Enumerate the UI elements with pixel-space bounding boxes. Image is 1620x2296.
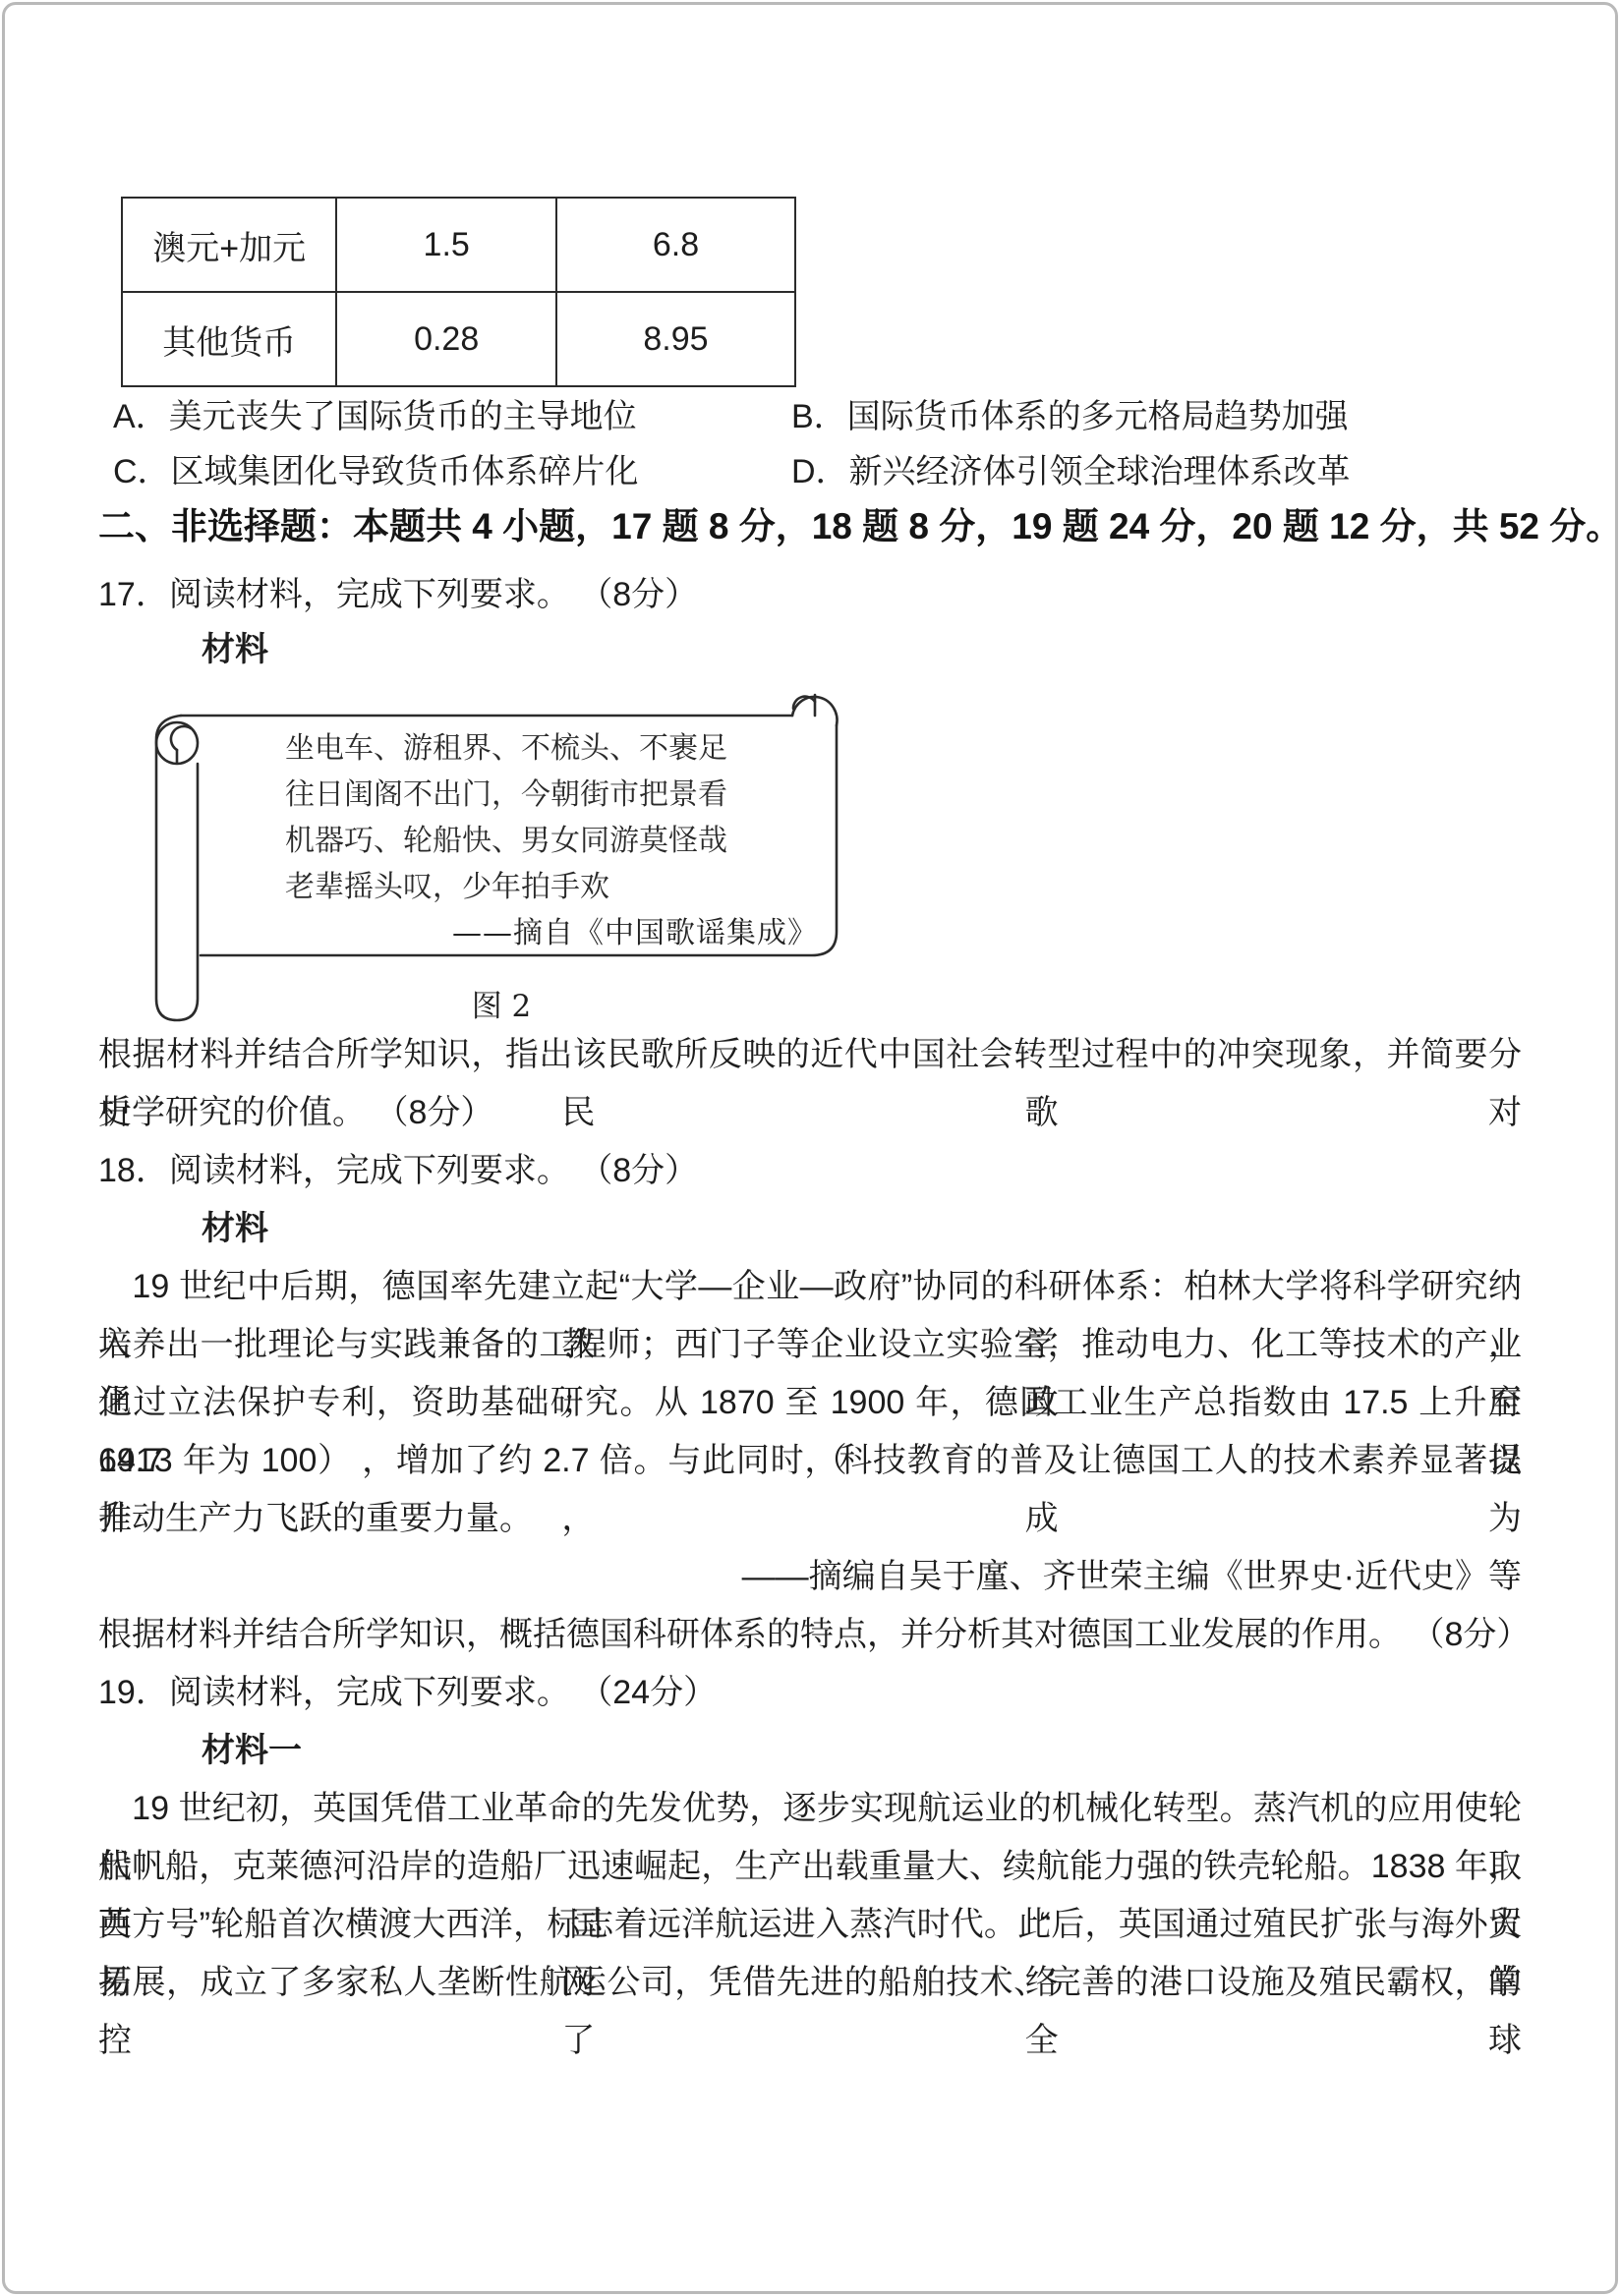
option-c: C．区域集团化导致货币体系碎片化 bbox=[113, 444, 639, 492]
q18-stem: 18．阅读材料，完成下列要求。 （8分） bbox=[98, 1142, 1522, 1200]
q18-source: ——摘编自吴于廑、齐世荣主编《世界史·近代史》等 bbox=[98, 1548, 1522, 1606]
option-a: A．美元丧失了国际货币的主导地位 bbox=[113, 389, 637, 437]
q17-stem: 17．阅读材料，完成下列要求。 （8分） bbox=[98, 567, 698, 615]
table-cell-value: 8.95 bbox=[556, 292, 795, 386]
song-line-3: 机器巧、轮船快、男女同游莫怪哉 bbox=[285, 818, 836, 864]
folk-song-text: 坐电车、游租界、不梳头、不裹足 往日闺阁不出门，今朝街市把景看 机器巧、轮船快、… bbox=[285, 725, 836, 956]
q19-material-line: 拓展，成立了多家私人垄断性航运公司，凭借先进的船舶技术、完善的港口设施及殖民霸权… bbox=[98, 1954, 1522, 2012]
exam-paper-page: 澳元+加元 1.5 6.8 其他货币 0.28 8.95 A．美元丧失了国际货币… bbox=[0, 0, 1620, 2296]
q18-material-line: 1913 年为 100） ，增加了约 2.7 倍。与此同时，科技教育的普及让德国… bbox=[98, 1432, 1522, 1490]
q19-material-label: 材料一 bbox=[98, 1722, 1522, 1780]
song-line-1: 坐电车、游租界、不梳头、不裹足 bbox=[285, 725, 836, 772]
q18-material-label: 材料 bbox=[98, 1200, 1522, 1258]
option-d: D．新兴经济体引领全球治理体系改革 bbox=[791, 444, 1351, 492]
option-b: B．国际货币体系的多元格局趋势加强 bbox=[791, 389, 1349, 437]
q18-question: 根据材料并结合所学知识，概括德国科研体系的特点，并分析其对德国工业发展的作用。 … bbox=[98, 1606, 1522, 1664]
table-cell-label: 澳元+加元 bbox=[122, 198, 336, 292]
currency-share-table: 澳元+加元 1.5 6.8 其他货币 0.28 8.95 bbox=[121, 197, 796, 387]
song-line-2: 往日闺阁不出门，今朝街市把景看 bbox=[285, 772, 836, 818]
section-heading: 二、非选择题：本题共 4 小题，17 题 8 分，18 题 8 分，19 题 2… bbox=[98, 496, 1543, 549]
q19-stem: 19．阅读材料，完成下列要求。 （24分） bbox=[98, 1664, 1522, 1722]
table-cell-label: 其他货币 bbox=[122, 292, 336, 386]
q17-material-label: 材料 bbox=[202, 622, 268, 670]
q19-material-line: 西方号”轮船首次横渡大西洋，标志着远洋航运进入蒸汽时代。此后，英国通过殖民扩张与… bbox=[98, 1896, 1522, 1954]
table-cell-value: 1.5 bbox=[336, 198, 556, 292]
song-line-4: 老辈摇头叹，少年拍手欢 bbox=[285, 864, 836, 910]
table-cell-value: 0.28 bbox=[336, 292, 556, 386]
table-row: 澳元+加元 1.5 6.8 bbox=[122, 198, 795, 292]
questions-text-flow: 根据材料并结合所学知识，指出该民歌所反映的近代中国社会转型过程中的冲突现象，并简… bbox=[98, 1026, 1522, 2012]
q18-material-line: 培养出一批理论与实践兼备的工程师；西门子等企业设立实验室，推动电力、化工等技术的… bbox=[98, 1316, 1522, 1374]
figure-caption: 图 2 bbox=[138, 981, 865, 1025]
table-row: 其他货币 0.28 8.95 bbox=[122, 292, 795, 386]
table-cell-value: 6.8 bbox=[556, 198, 795, 292]
song-source: ——摘自《中国歌谣集成》 bbox=[285, 910, 836, 956]
q17-question-line: 根据材料并结合所学知识，指出该民歌所反映的近代中国社会转型过程中的冲突现象，并简… bbox=[98, 1026, 1522, 1084]
q19-material-line: 代帆船，克莱德河沿岸的造船厂迅速崛起，生产出载重量大、续航能力强的铁壳轮船。18… bbox=[98, 1838, 1522, 1896]
q18-material-line: 19 世纪中后期，德国率先建立起“大学—企业—政府”协同的科研体系：柏林大学将科… bbox=[98, 1258, 1522, 1316]
q19-material-line: 19 世纪初，英国凭借工业革命的先发优势，逐步实现航运业的机械化转型。蒸汽机的应… bbox=[98, 1780, 1522, 1838]
q18-material-line: 通过立法保护专利，资助基础研究。从 1870 至 1900 年，德国工业生产总指… bbox=[98, 1374, 1522, 1432]
